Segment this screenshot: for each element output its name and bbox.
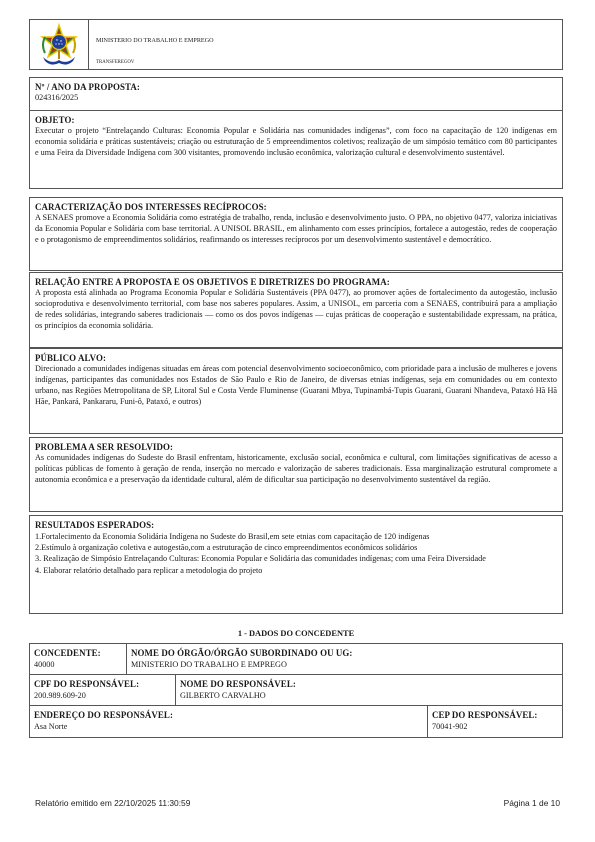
publico-alvo-text: Direcionado a comunidades indígenas situ… [35, 364, 557, 408]
publico-alvo-label: PÚBLICO ALVO: [35, 353, 557, 364]
problema-label: PROBLEMA A SER RESOLVIDO: [35, 442, 557, 453]
ministry-name: MINISTERIO DO TRABALHO E EMPREGO [96, 38, 214, 44]
page-footer: Relatório emitido em 22/10/2025 11:30:59… [35, 798, 560, 808]
cep-label: CEP DO RESPONSÁVEL: [432, 709, 558, 721]
proposal-number-label: Nº / ANO DA PROPOSTA: [35, 82, 557, 93]
caracterizacao-section: CARACTERIZAÇÃO DOS INTERESSES RECÍPROCOS… [29, 197, 563, 271]
problema-section: PROBLEMA A SER RESOLVIDO: As comunidades… [29, 437, 563, 512]
issued-timestamp: Relatório emitido em 22/10/2025 11:30:59 [35, 798, 190, 808]
cpf-label: CPF DO RESPONSÁVEL: [34, 678, 171, 690]
cpf-value: 200.989.609-20 [34, 690, 171, 701]
brazil-coat-of-arms-icon [37, 23, 81, 67]
emblem-cell [30, 20, 89, 69]
nome-value: GILBERTO CARVALHO [180, 690, 558, 701]
nome-cell: NOME DO RESPONSÁVEL: GILBERTO CARVALHO [175, 675, 562, 705]
concedente-row: CONCEDENTE: 40000 NOME DO ÓRGÃO/ÓRGÃO SU… [29, 643, 563, 675]
document-header: MINISTERIO DO TRABALHO E EMPREGO TRANSFE… [29, 19, 563, 70]
concedente-cell: CONCEDENTE: 40000 [30, 644, 126, 674]
orgao-label: NOME DO ÓRGÃO/ÓRGÃO SUBORDINADO OU UG: [131, 647, 558, 659]
resultados-label: RESULTADOS ESPERADOS: [35, 520, 557, 531]
proposal-number-section: Nº / ANO DA PROPOSTA: 024316/2025 [29, 77, 563, 111]
objeto-text: Executar o projeto “Entrelaçando Cultura… [35, 126, 557, 159]
orgao-cell: NOME DO ÓRGÃO/ÓRGÃO SUBORDINADO OU UG: M… [126, 644, 562, 674]
resultado-item: 3. Realização de Simpósio Entrelaçando C… [35, 553, 557, 564]
caracterizacao-text: A SENAES promove a Economia Solidária co… [35, 213, 557, 246]
endereco-value: Asa Norte [34, 721, 423, 732]
objeto-section: OBJETO: Executar o projeto “Entrelaçando… [29, 110, 563, 189]
resultado-item: 1.Fortalecimento da Economia Solidária I… [35, 531, 557, 542]
problema-text: As comunidades indígenas do Sudeste do B… [35, 453, 557, 486]
orgao-value: MINISTERIO DO TRABALHO E EMPREGO [131, 659, 558, 670]
system-name: TRANSFEREGOV [96, 60, 134, 65]
concedente-section-title: 1 - DADOS DO CONCEDENTE [29, 629, 563, 638]
cep-cell: CEP DO RESPONSÁVEL: 70041-902 [427, 706, 562, 737]
caracterizacao-label: CARACTERIZAÇÃO DOS INTERESSES RECÍPROCOS… [35, 202, 557, 213]
concedente-value: 40000 [34, 659, 122, 670]
nome-label: NOME DO RESPONSÁVEL: [180, 678, 558, 690]
objeto-label: OBJETO: [35, 115, 557, 126]
publico-alvo-section: PÚBLICO ALVO: Direcionado a comunidades … [29, 348, 563, 434]
cpf-cell: CPF DO RESPONSÁVEL: 200.989.609-20 [30, 675, 175, 705]
responsavel-row: CPF DO RESPONSÁVEL: 200.989.609-20 NOME … [29, 674, 563, 706]
relacao-section: RELAÇÃO ENTRE A PROPOSTA E OS OBJETIVOS … [29, 272, 563, 348]
resultados-section: RESULTADOS ESPERADOS: 1.Fortalecimento d… [29, 515, 563, 614]
relacao-label: RELAÇÃO ENTRE A PROPOSTA E OS OBJETIVOS … [35, 277, 557, 288]
endereco-row: ENDEREÇO DO RESPONSÁVEL: Asa Norte CEP D… [29, 705, 563, 738]
page-number: Página 1 de 10 [504, 798, 560, 808]
relacao-text: A proposta está alinhada ao Programa Eco… [35, 288, 557, 332]
proposal-number-value: 024316/2025 [35, 93, 557, 104]
cep-value: 70041-902 [432, 721, 558, 732]
resultado-item: 4. Elaborar relatório detalhado para rep… [35, 565, 557, 576]
concedente-label: CONCEDENTE: [34, 647, 122, 659]
endereco-cell: ENDEREÇO DO RESPONSÁVEL: Asa Norte [30, 706, 427, 737]
resultado-item: 2.Estímulo à organização coletiva e auto… [35, 542, 557, 553]
endereco-label: ENDEREÇO DO RESPONSÁVEL: [34, 709, 423, 721]
